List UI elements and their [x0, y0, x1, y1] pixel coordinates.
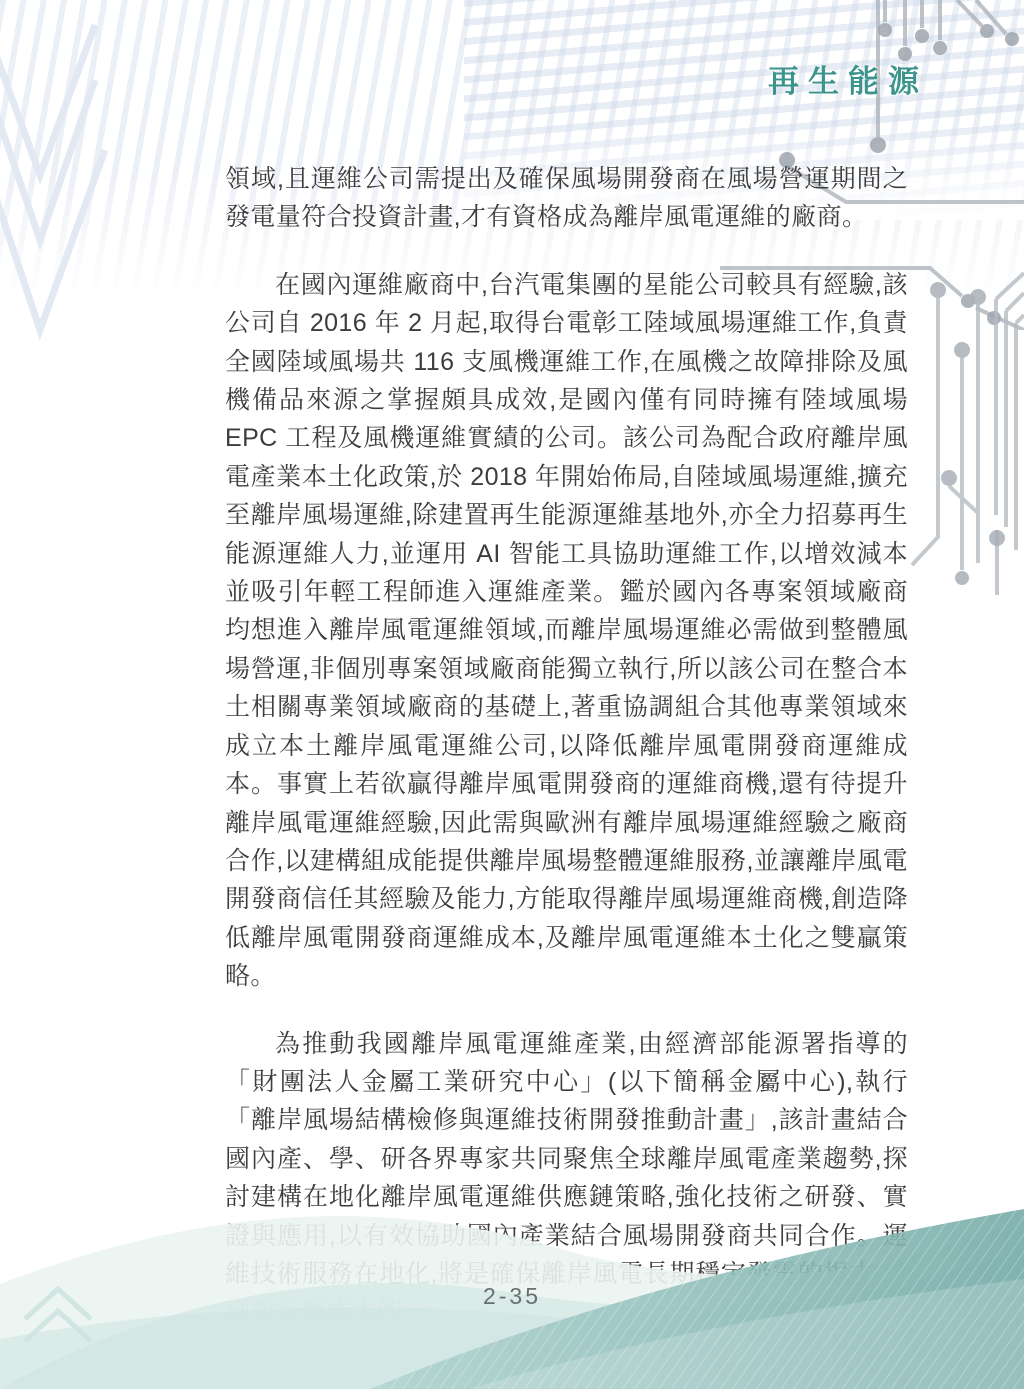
document-page: 再生能源 領域,且運維公司需提出及確保風場開發商在風場營運期間之發電量符合投資計…	[0, 0, 1024, 1389]
page-number: 2-35	[0, 1283, 1024, 1310]
paragraph-domestic-operators: 在國內運維廠商中,台汽電集團的星能公司較具有經驗,該公司自 2016 年 2 月…	[225, 266, 908, 996]
chevron-v-decoration-icon	[0, 10, 130, 370]
paragraph-continued: 領域,且運維公司需提出及確保風場開發商在風場營運期間之發電量符合投資計畫,才有資…	[225, 160, 908, 237]
page-header-title: 再生能源	[768, 56, 928, 101]
circuit-traces-right-icon	[900, 265, 1024, 595]
body-text-block: 領域,且運維公司需提出及確保風場開發商在風場營運期間之發電量符合投資計畫,才有資…	[225, 160, 908, 1332]
